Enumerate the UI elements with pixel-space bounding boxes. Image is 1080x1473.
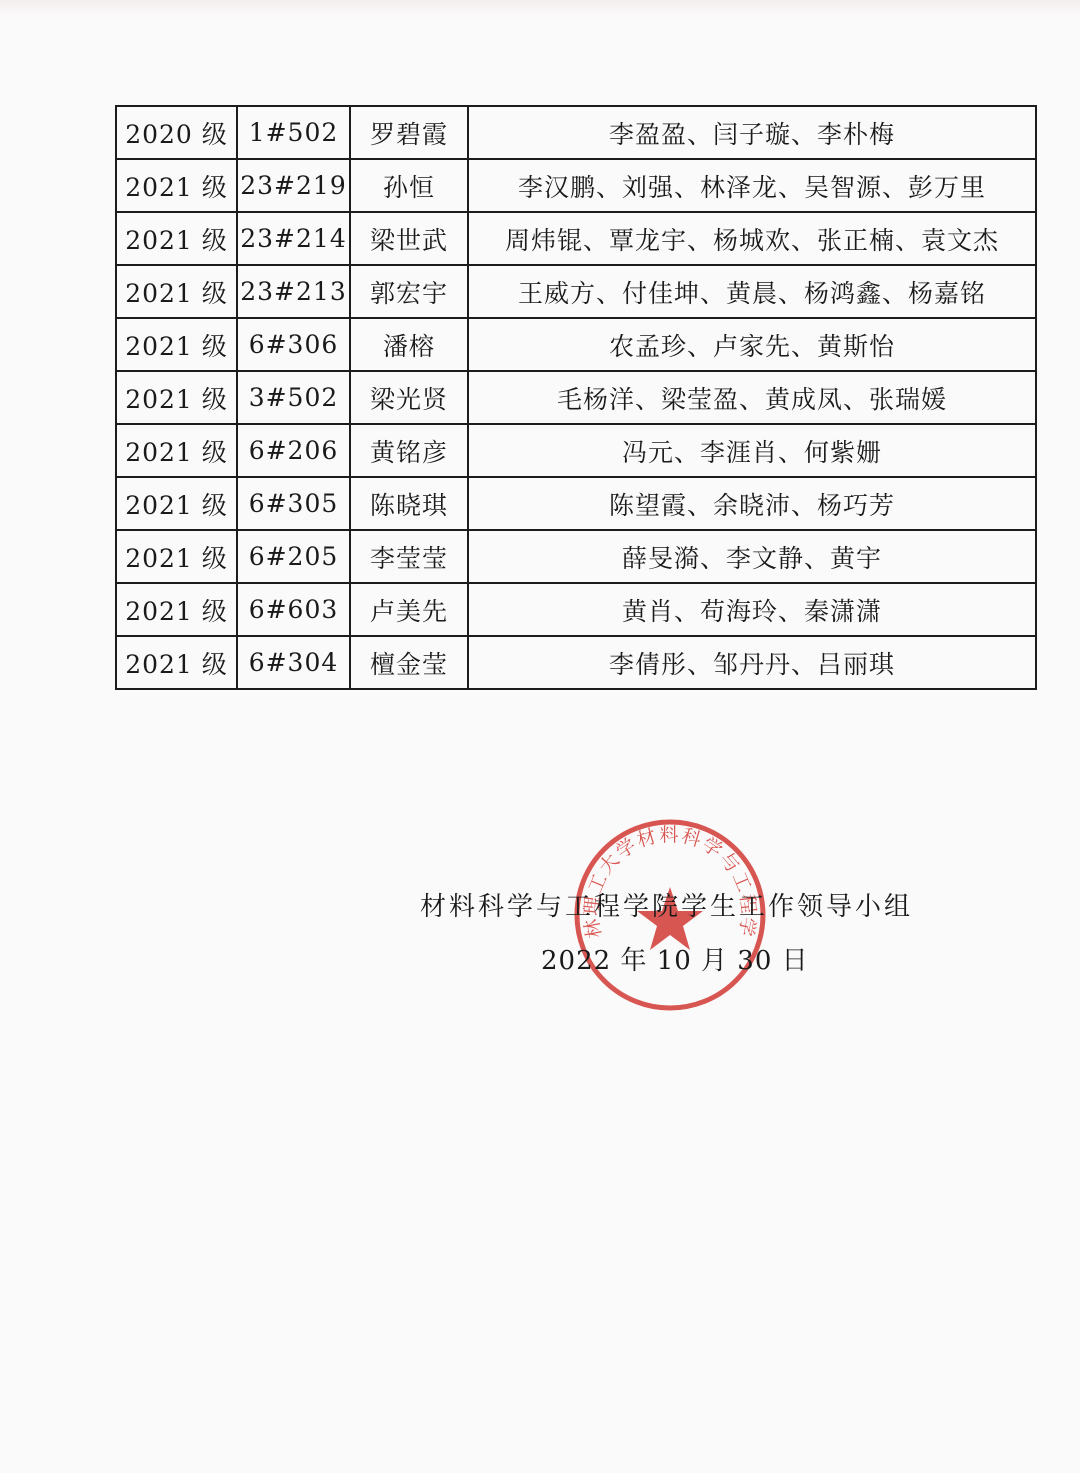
dorm-head-cell: 李莹莹 [350, 530, 468, 583]
members-cell: 李倩彤、邹丹丹、吕丽琪 [468, 636, 1036, 689]
issue-date: 2022 年 10 月 30 日 [541, 940, 809, 977]
members-cell: 农孟珍、卢家先、黄斯怡 [468, 318, 1036, 371]
members-cell: 毛杨洋、梁莹盈、黄成凤、张瑞媛 [468, 371, 1036, 424]
members-cell: 李汉鹏、刘强、林泽龙、吴智源、彭万里 [468, 159, 1036, 212]
grade-cell: 2021 级 [116, 530, 237, 583]
grade-cell: 2021 级 [116, 424, 237, 477]
grade-cell: 2021 级 [116, 636, 237, 689]
members-cell: 黄肖、苟海玲、秦潇潇 [468, 583, 1036, 636]
room-cell: 6#603 [237, 583, 350, 636]
grade-cell: 2021 级 [116, 318, 237, 371]
grade-cell: 2021 级 [116, 477, 237, 530]
grade-cell: 2021 级 [116, 159, 237, 212]
dorm-head-cell: 罗碧霞 [350, 106, 468, 159]
dorm-head-cell: 卢美先 [350, 583, 468, 636]
dorm-head-cell: 陈晓琪 [350, 477, 468, 530]
room-cell: 1#502 [237, 106, 350, 159]
room-cell: 23#214 [237, 212, 350, 265]
dorm-head-cell: 梁世武 [350, 212, 468, 265]
members-cell: 冯元、李涯肖、何紫姗 [468, 424, 1036, 477]
members-cell: 周炜锟、覃龙宇、杨城欢、张正楠、袁文杰 [468, 212, 1036, 265]
dorm-head-cell: 梁光贤 [350, 371, 468, 424]
table-row: 2021 级 6#205 李莹莹 薛旻漪、李文静、黄宇 [116, 530, 1036, 583]
dorm-head-cell: 郭宏宇 [350, 265, 468, 318]
room-cell: 6#305 [237, 477, 350, 530]
dorm-head-cell: 潘榕 [350, 318, 468, 371]
table-row: 2021 级 23#214 梁世武 周炜锟、覃龙宇、杨城欢、张正楠、袁文杰 [116, 212, 1036, 265]
dorm-head-cell: 黄铭彦 [350, 424, 468, 477]
room-cell: 3#502 [237, 371, 350, 424]
table-row: 2021 级 6#603 卢美先 黄肖、苟海玲、秦潇潇 [116, 583, 1036, 636]
members-cell: 薛旻漪、李文静、黄宇 [468, 530, 1036, 583]
dormitory-roster-table: 2020 级 1#502 罗碧霞 李盈盈、闫子璇、李朴梅 2021 级 23#2… [115, 105, 1037, 690]
table-row: 2021 级 3#502 梁光贤 毛杨洋、梁莹盈、黄成凤、张瑞媛 [116, 371, 1036, 424]
table-row: 2021 级 6#304 檀金莹 李倩彤、邹丹丹、吕丽琪 [116, 636, 1036, 689]
grade-cell: 2021 级 [116, 212, 237, 265]
grade-cell: 2021 级 [116, 583, 237, 636]
room-cell: 6#306 [237, 318, 350, 371]
table-row: 2020 级 1#502 罗碧霞 李盈盈、闫子璇、李朴梅 [116, 106, 1036, 159]
grade-cell: 2021 级 [116, 265, 237, 318]
dorm-head-cell: 檀金莹 [350, 636, 468, 689]
grade-cell: 2020 级 [116, 106, 237, 159]
table-row: 2021 级 6#206 黄铭彦 冯元、李涯肖、何紫姗 [116, 424, 1036, 477]
dorm-head-cell: 孙恒 [350, 159, 468, 212]
room-cell: 23#219 [237, 159, 350, 212]
room-cell: 6#206 [237, 424, 350, 477]
scan-edge-shade [0, 0, 1080, 16]
table-row: 2021 级 6#306 潘榕 农孟珍、卢家先、黄斯怡 [116, 318, 1036, 371]
members-cell: 王威方、付佳坤、黄晨、杨鸿鑫、杨嘉铭 [468, 265, 1036, 318]
members-cell: 陈望霞、余晓沛、杨巧芳 [468, 477, 1036, 530]
grade-cell: 2021 级 [116, 371, 237, 424]
issuing-organization: 材料科学与工程学院学生工作领导小组 [420, 886, 913, 923]
room-cell: 6#205 [237, 530, 350, 583]
room-cell: 23#213 [237, 265, 350, 318]
room-cell: 6#304 [237, 636, 350, 689]
members-cell: 李盈盈、闫子璇、李朴梅 [468, 106, 1036, 159]
table-row: 2021 级 6#305 陈晓琪 陈望霞、余晓沛、杨巧芳 [116, 477, 1036, 530]
table-row: 2021 级 23#219 孙恒 李汉鹏、刘强、林泽龙、吴智源、彭万里 [116, 159, 1036, 212]
table-row: 2021 级 23#213 郭宏宇 王威方、付佳坤、黄晨、杨鸿鑫、杨嘉铭 [116, 265, 1036, 318]
